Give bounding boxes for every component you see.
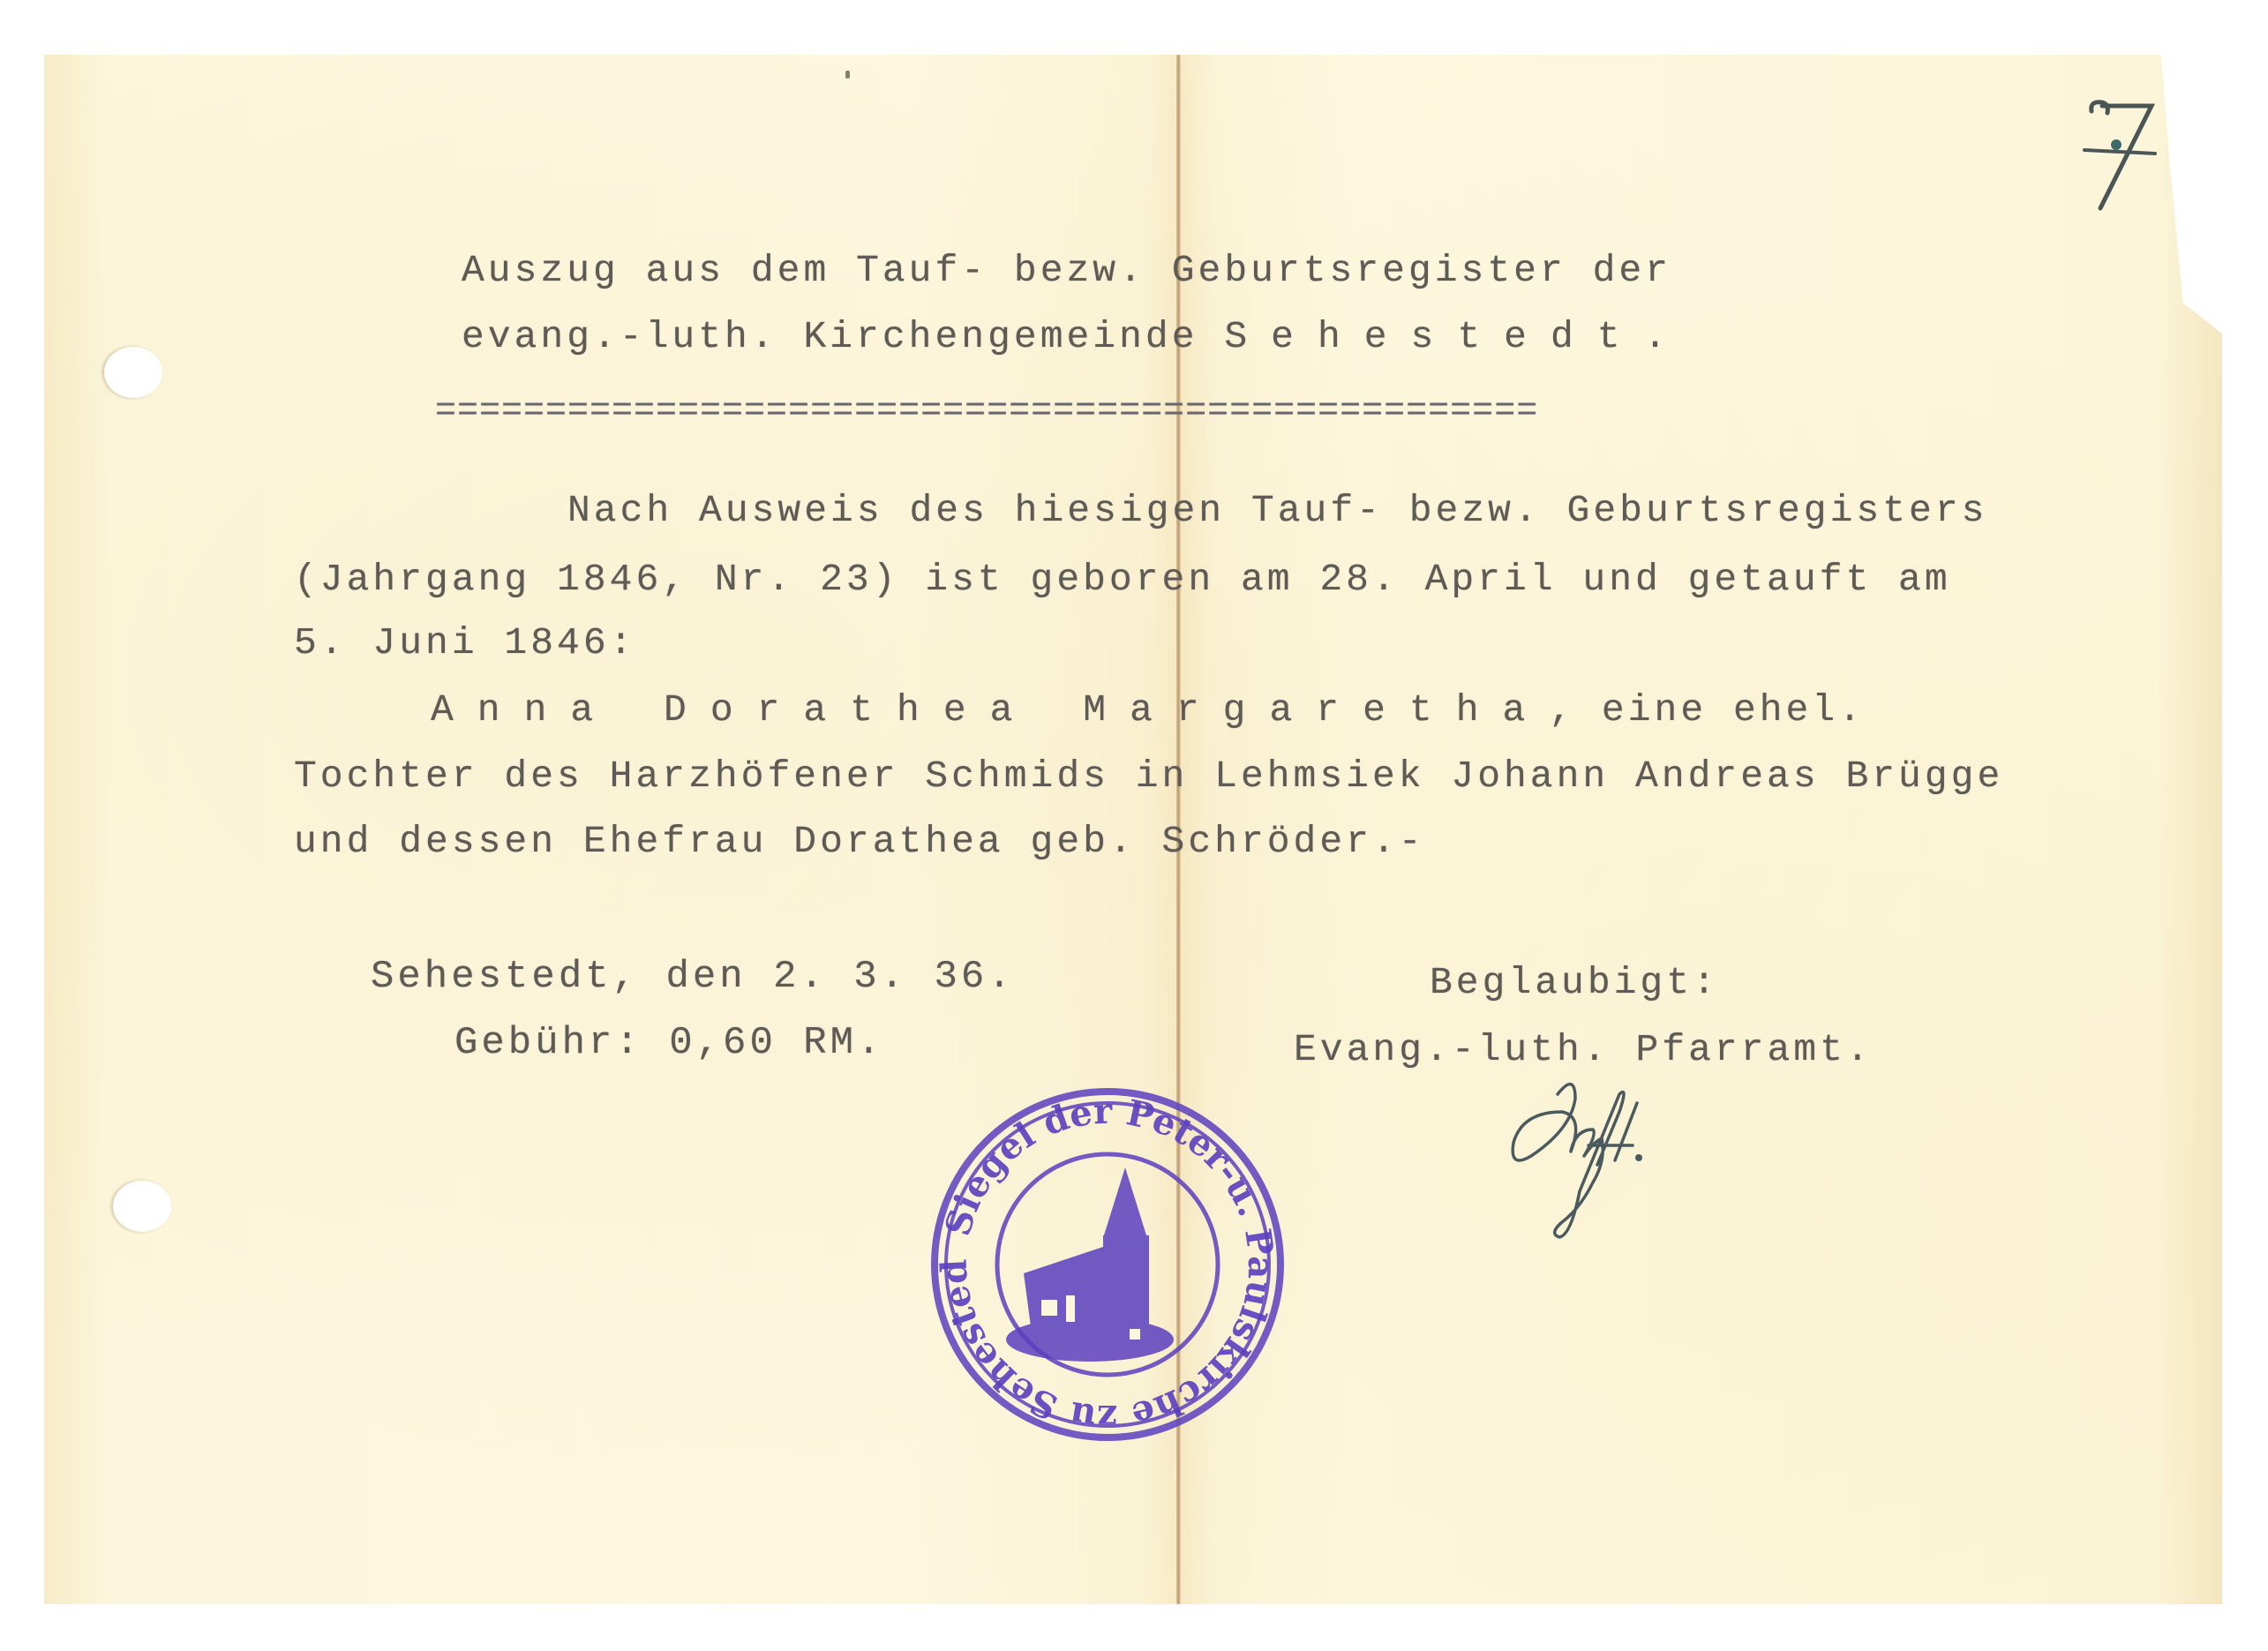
punch-hole-bottom — [113, 1181, 171, 1232]
body-line-6: und dessen Ehefrau Dorathea geb. Schröde… — [294, 822, 1425, 860]
fee: Gebühr: 0,60 RM. — [454, 1024, 883, 1062]
body-line-3: 5. Juni 1846: — [294, 624, 635, 662]
body-line-1: Nach Ausweis des hiesigen Tauf- bezw. Ge… — [567, 492, 1987, 529]
church-seal-stamp: Siegel der Peter-u. Paulskirche zu Sehes… — [927, 1084, 1288, 1445]
punch-hole-top — [104, 347, 162, 398]
child-name-line: Anna Dorathea Margaretha, eine ehel. — [431, 691, 1865, 729]
double-rule: ========================================… — [435, 394, 1538, 430]
place-and-date: Sehestedt, den 2. 3. 36. — [371, 957, 1015, 996]
body-line-5: Tochter des Harzhöfener Schmids in Lehms… — [294, 757, 2003, 795]
heading-period: . — [1644, 315, 1671, 358]
heading-line-2: evang.-luth. Kirchengemeinde Sehestedt. — [462, 318, 1670, 356]
heading-parish-label: evang.-luth. Kirchengemeinde — [462, 315, 1198, 358]
body-line-2: (Jahrgang 1846, Nr. 23) ist geboren am 2… — [294, 560, 1951, 598]
heading-line-1: Auszug aus dem Tauf- bezw. Geburtsregist… — [462, 251, 1671, 289]
certified-label: Beglaubigt: — [1430, 964, 1719, 1002]
handwritten-page-number: 7 — [2083, 95, 2162, 214]
signature: Rafl. — [1487, 1077, 1690, 1244]
parish-office: Evang.-luth. Pfarramt. — [1294, 1031, 1873, 1069]
heading-place-name: Sehestedt — [1224, 315, 1643, 358]
child-descriptor: , eine ehel. — [1549, 688, 1865, 732]
church-icon — [1006, 1167, 1174, 1362]
paper-speck — [845, 71, 850, 79]
child-name: Anna Dorathea Margaretha — [431, 688, 1549, 732]
